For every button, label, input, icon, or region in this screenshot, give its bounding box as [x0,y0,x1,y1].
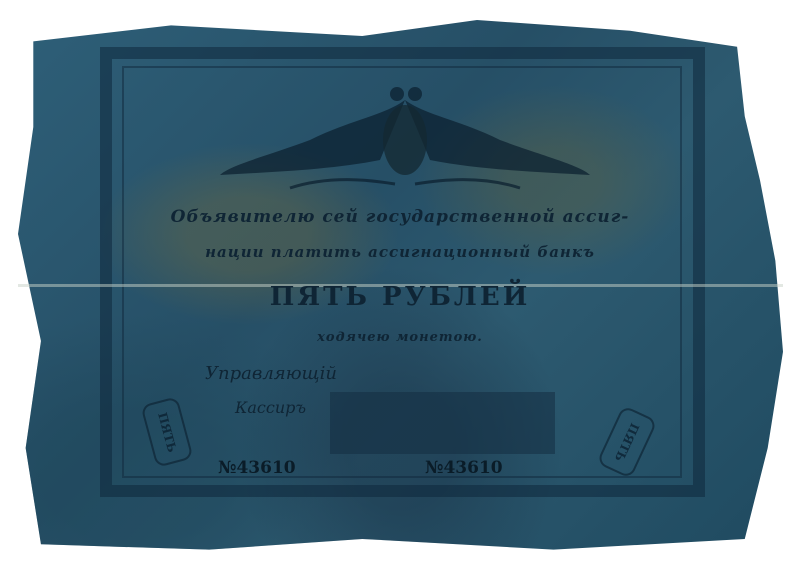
serial-number-right: №43610 [425,458,503,478]
denomination-text: ПЯТЬ РУБЛЕЙ [0,282,800,312]
serial-number-left: №43610 [218,458,296,478]
promise-text-line-1: Объявителю сей государственной ассиг- [0,207,800,227]
promise-text-line-2: нации платить ассигнационный банкъ [0,243,800,261]
watermark-panel [330,392,555,454]
currency-text: ходячею монетою. [0,330,800,345]
double-headed-eagle-icon [210,80,600,195]
signature-cashier: Кассиръ [235,398,306,417]
signature-director: Управляющій [205,363,337,384]
